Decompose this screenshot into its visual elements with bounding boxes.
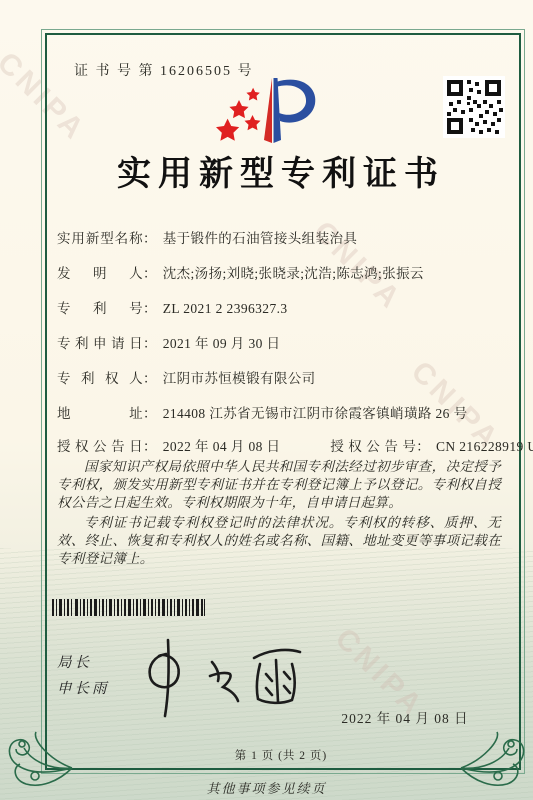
field-colon: ： <box>143 439 157 454</box>
field-inventors: 发明人： 沈杰;汤扬;刘晓;张晓录;沈浩;陈志鸿;张振云 <box>57 262 424 282</box>
field-patent-number: 专利号： ZL 2021 2 2396327.3 <box>57 297 288 317</box>
cnipa-logo-icon <box>196 74 336 146</box>
field-grant-number: 授权公告号： CN 216228919 U <box>330 439 533 454</box>
field-label: 专利号 <box>57 297 143 317</box>
certificate-title: 实用新型专利证书 <box>45 146 517 195</box>
field-colon: ： <box>143 231 157 246</box>
patent-certificate: CNIPA CNIPA CNIPA CNIPA 证 书 号 第 16206505… <box>0 0 533 800</box>
field-value: 2022 年 04 月 08 日 <box>163 439 281 454</box>
field-utility-model-name: 实用新型名称： 基于锻件的石油管接头组装治具 <box>57 227 357 247</box>
signature-script <box>128 632 318 727</box>
field-filing-date: 专利申请日： 2021 年 09 月 30 日 <box>57 332 280 352</box>
legal-paragraph-2: 专利证书记载专利权登记时的法律状况。专利权的转移、质押、无效、终止、恢复和专利权… <box>57 514 501 568</box>
field-value: 2021 年 09 月 30 日 <box>163 336 281 351</box>
field-colon: ： <box>143 371 157 386</box>
field-label: 专利权人 <box>57 367 143 387</box>
field-label: 实用新型名称 <box>57 227 143 247</box>
field-colon: ： <box>143 301 157 316</box>
field-value: ZL 2021 2 2396327.3 <box>163 301 288 316</box>
field-colon: ： <box>143 266 157 281</box>
field-value: 214408 江苏省无锡市江阴市徐霞客镇峭璜路 26 号 <box>163 406 468 421</box>
field-patentee: 专利权人： 江阴市苏恒模锻有限公司 <box>57 367 316 387</box>
footer-note: 其他事项参见续页 <box>0 778 533 797</box>
field-grant-date-and-number: 授权公告日： 2022 年 04 月 08 日 授权公告号： CN 216228… <box>57 435 533 455</box>
field-label: 授权公告日 <box>57 435 143 455</box>
field-label: 发明人 <box>57 262 143 282</box>
page-number: 第 1 页 (共 2 页) <box>45 747 517 763</box>
legal-text: 国家知识产权局依照中华人民共和国专利法经过初步审查，决定授予专利权，颁发实用新型… <box>57 458 501 570</box>
field-colon: ： <box>143 336 157 351</box>
field-label: 地址 <box>57 402 143 422</box>
qr-code <box>443 76 505 138</box>
signer-title: 局长 <box>57 650 110 676</box>
field-value: CN 216228919 U <box>436 439 533 454</box>
signature-block: 局长 申长雨 <box>57 650 110 702</box>
legal-paragraph-1: 国家知识产权局依照中华人民共和国专利法经过初步审查，决定授予专利权，颁发实用新型… <box>57 458 501 512</box>
field-colon: ： <box>416 439 430 454</box>
barcode <box>52 599 206 616</box>
field-colon: ： <box>143 406 157 421</box>
field-value: 沈杰;汤扬;刘晓;张晓录;沈浩;陈志鸿;张振云 <box>163 266 424 281</box>
field-label: 授权公告号 <box>330 435 416 455</box>
field-label: 专利申请日 <box>57 332 143 352</box>
field-address: 地址： 214408 江苏省无锡市江阴市徐霞客镇峭璜路 26 号 <box>57 402 468 422</box>
signer-name: 申长雨 <box>57 676 110 702</box>
issue-date: 2022 年 04 月 08 日 <box>330 707 480 727</box>
field-value: 基于锻件的石油管接头组装治具 <box>163 231 358 246</box>
field-value: 江阴市苏恒模锻有限公司 <box>163 371 316 386</box>
